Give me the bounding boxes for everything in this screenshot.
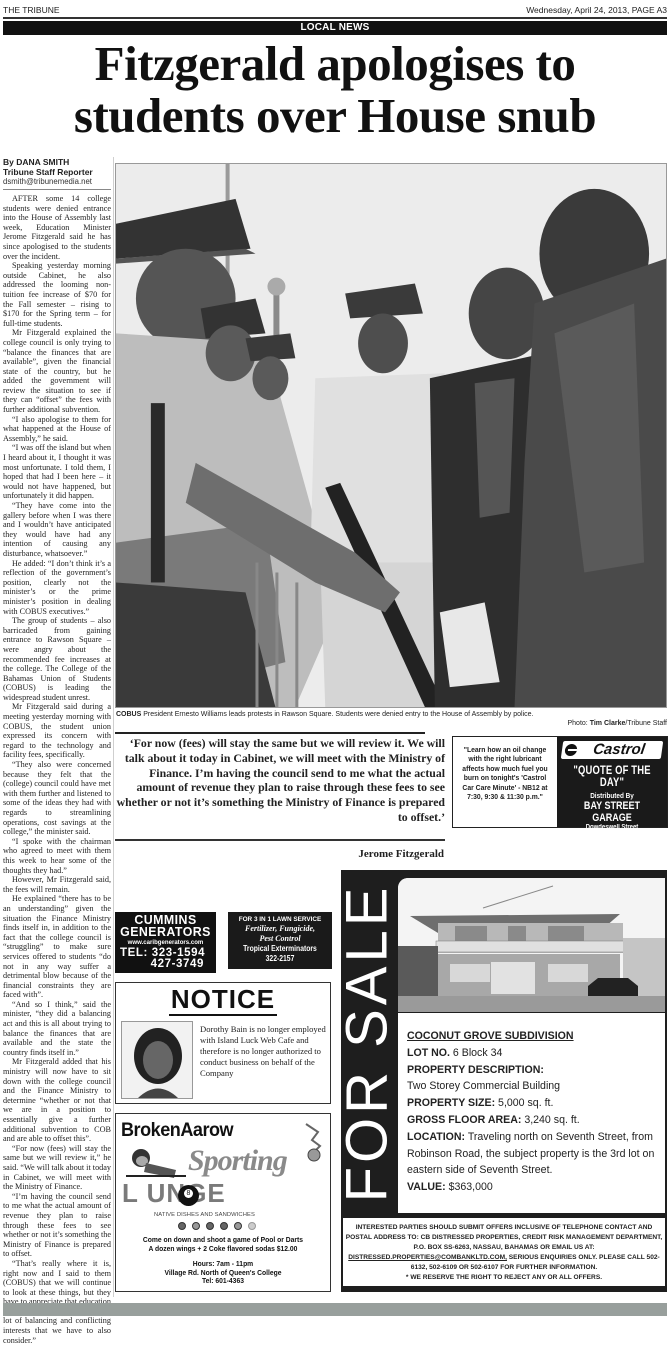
masthead-rule	[3, 17, 667, 19]
aarow-promo-2: A dozen wings + 2 Coke flavored sodas $1…	[127, 1245, 320, 1254]
page-bottom-bar	[3, 1303, 667, 1316]
pool-ball-icon	[192, 1222, 200, 1230]
story-paragraph: AFTER some 14 college students were deni…	[3, 194, 111, 261]
story-paragraph: Mr Fitzgerald added that his ministry wi…	[3, 1057, 111, 1143]
value-row: VALUE: $363,000	[407, 1179, 665, 1196]
pullquote-bottom-rule	[115, 839, 445, 841]
masthead: THE TRIBUNE Wednesday, April 24, 2013, P…	[3, 3, 667, 17]
gfa-label: GROSS FLOOR AREA:	[407, 1114, 521, 1126]
photo-credit: Photo: Tim Clarke/Tribune Staff	[568, 720, 668, 727]
location-row: LOCATION: Traveling north on Seventh Str…	[407, 1129, 665, 1179]
notice-title-text: NOTICE	[169, 984, 277, 1016]
gfa-value: 3,240 sq. ft.	[521, 1114, 579, 1126]
value-amount: $363,000	[446, 1181, 493, 1193]
lot-value: 6 Block 34	[450, 1047, 502, 1059]
story-paragraph: However, Mr Fitzgerald said, the fees wi…	[3, 875, 111, 894]
headline-line-1: Fitzgerald apologises to	[0, 38, 670, 90]
story-paragraph: “For now (fees) will stay the same but w…	[3, 1144, 111, 1192]
building-illustration	[398, 878, 665, 1012]
notice-portrait-photo	[121, 1021, 193, 1099]
description-value: Two Storey Commercial Building	[407, 1078, 665, 1095]
story-paragraph: Mr Fitzgerald said during a meeting yest…	[3, 702, 111, 760]
quote-of-the-day: "QUOTE OF THE DAY"	[567, 765, 657, 789]
story-paragraph: “And so I think,” said the minister, “th…	[3, 1000, 111, 1058]
footer-disclaimer: * WE RESERVE THE RIGHT TO REJECT ANY OR …	[406, 1274, 602, 1281]
story-paragraph: “They have come into the gallery before …	[3, 501, 111, 559]
broken-aarow-ad[interactable]: BrokenAarow Sporting L UNGE NATIVE DISHE…	[115, 1113, 331, 1292]
story-paragraph: The group of students – also barricaded …	[3, 616, 111, 702]
cummins-generators-ad[interactable]: CUMMINS GENERATORS www.caribgenerators.c…	[115, 912, 216, 973]
protest-photo-illustration	[116, 164, 666, 707]
castrol-logo: Castrol	[561, 741, 664, 759]
for-sale-banner-text: FOR SALE	[334, 883, 401, 1202]
value-label: VALUE:	[407, 1181, 446, 1193]
pool-ball-icon	[234, 1222, 242, 1230]
notice-ad: NOTICE Dorothy Bain is no longer employe…	[115, 982, 331, 1104]
credit-name: Tim Clarke	[590, 720, 626, 727]
story-paragraph: “I was off the island but when I heard a…	[3, 443, 111, 501]
aarow-name: BrokenAarow	[121, 1120, 233, 1142]
headline: Fitzgerald apologises to students over H…	[0, 38, 670, 142]
subdivision: COCONUT GROVE SUBDIVISION	[407, 1028, 665, 1045]
castrol-swoosh-icon	[564, 744, 578, 756]
location-label: LOCATION:	[407, 1131, 465, 1143]
lot-row: LOT NO. 6 Block 34	[407, 1045, 665, 1062]
portrait-illustration	[122, 1022, 193, 1099]
aarow-lounge: L UNGE	[122, 1178, 226, 1209]
lot-label: LOT NO.	[407, 1047, 450, 1059]
footer-text-1: INTERESTED PARTIES SHOULD SUBMIT OFFERS …	[346, 1224, 663, 1251]
lawn-headline: FOR 3 IN 1 LAWN SERVICE	[228, 915, 332, 924]
headline-line-2: students over House snub	[0, 90, 670, 142]
cummins-tel-2: 427-3749	[115, 959, 216, 970]
publication-name: THE TRIBUNE	[3, 5, 60, 15]
eight-ball-icon	[178, 1185, 199, 1206]
lawn-company: Tropical Exterminators	[236, 944, 324, 954]
description-label-row: PROPERTY DESCRIPTION:	[407, 1062, 665, 1079]
notice-title: NOTICE	[116, 985, 330, 1013]
for-sale-banner: FOR SALE	[342, 870, 392, 1215]
aarow-tagline: NATIVE DISHES AND SANDWICHES	[154, 1212, 255, 1218]
lawn-services-2: Pest Control	[228, 934, 332, 944]
story-paragraph: “I spoke with the chairman who agreed to…	[3, 837, 111, 875]
story-column: By DANA SMITH Tribune Staff Reporter dsm…	[3, 157, 111, 1345]
main-news-photo	[115, 163, 667, 708]
aarow-phone: Tel: 601-4363	[127, 1277, 320, 1286]
story-paragraph: He added: “I don’t think it’s a reflecti…	[3, 559, 111, 617]
aarow-details: Come on down and shoot a game of Pool or…	[127, 1236, 320, 1286]
size-row: PROPERTY SIZE: 5,000 sq. ft.	[407, 1095, 665, 1112]
column-divider	[113, 157, 114, 1297]
size-value: 5,000 sq. ft.	[495, 1097, 553, 1109]
story-paragraph: “I’m having the council send to me what …	[3, 1192, 111, 1259]
lawn-services-1: Fertilizer, Fungicide,	[228, 924, 332, 934]
byline-email[interactable]: dsmith@tribunemedia.net	[3, 177, 111, 190]
gfa-row: GROSS FLOOR AREA: 3,240 sq. ft.	[407, 1112, 665, 1129]
distributor-name: BAY STREET GARAGE	[567, 800, 657, 824]
for-sale-contact-footer: INTERESTED PARTIES SHOULD SUBMIT OFFERS …	[343, 1218, 665, 1286]
caption-text: President Ernesto Williams leads protest…	[141, 711, 533, 718]
caption-lead: COBUS	[116, 711, 141, 718]
pull-quote: ‘For now (fees) will stay the same but w…	[115, 734, 445, 825]
distributor-street: Dowdeswell Street	[565, 824, 659, 831]
distributor-phones: 322-2434 • 322-2082	[565, 832, 659, 842]
property-details: COCONUT GROVE SUBDIVISION LOT NO. 6 Bloc…	[398, 1013, 665, 1213]
distributed-by: Distributed By	[565, 791, 659, 800]
castrol-panel: Castrol "QUOTE OF THE DAY" Distributed B…	[557, 737, 667, 827]
story-paragraph: Mr Fitzgerald explained the college coun…	[3, 328, 111, 414]
castrol-ad[interactable]: "Learn how an oil change with the right …	[452, 736, 668, 828]
description-label: PROPERTY DESCRIPTION:	[407, 1064, 544, 1076]
credit-prefix: Photo:	[568, 720, 590, 727]
story-paragraph: Speaking yesterday morning outside Cabin…	[3, 261, 111, 328]
contact-email-link[interactable]: DISTRESSED.PROPERTIES@COMBANKLTD.COM,	[348, 1254, 507, 1261]
byline-title: Tribune Staff Reporter	[3, 167, 111, 177]
size-label: PROPERTY SIZE:	[407, 1097, 495, 1109]
lawn-service-ad[interactable]: FOR 3 IN 1 LAWN SERVICE Fertilizer, Fung…	[228, 912, 332, 969]
pool-ball-icon	[206, 1222, 214, 1230]
aarow-sporting: Sporting	[188, 1144, 287, 1178]
castrol-brand: Castrol	[592, 741, 646, 758]
photo-caption: COBUS President Ernesto Williams leads p…	[116, 711, 546, 718]
story-paragraph: He explained “there has to be an underst…	[3, 894, 111, 1000]
pool-ball-icon	[248, 1222, 256, 1230]
section-label: LOCAL NEWS	[3, 21, 667, 35]
castrol-promo-text: "Learn how an oil change with the right …	[457, 737, 553, 827]
cummins-website[interactable]: www.caribgenerators.com	[119, 938, 212, 948]
notice-text: Dorothy Bain is no longer employed with …	[200, 1024, 328, 1079]
date-page: Wednesday, April 24, 2013, PAGE A3	[526, 5, 667, 15]
pool-balls-decoration	[178, 1222, 256, 1230]
pool-ball-icon	[178, 1222, 186, 1230]
pullquote-attribution: Jerome Fitzgerald	[358, 848, 444, 860]
cummins-line2: GENERATORS	[118, 925, 214, 938]
pool-player-icon	[126, 1148, 186, 1182]
property-photo	[398, 878, 665, 1012]
dart-board-icon	[302, 1122, 324, 1162]
lawn-phone: 322-2157	[236, 954, 324, 964]
story-paragraph: “I also apologise to them for what happe…	[3, 415, 111, 444]
pool-ball-icon	[220, 1222, 228, 1230]
story-paragraph: “They also were concerned because they f…	[3, 760, 111, 837]
byline-name: By DANA SMITH	[3, 157, 111, 167]
credit-suffix: /Tribune Staff	[625, 720, 667, 727]
